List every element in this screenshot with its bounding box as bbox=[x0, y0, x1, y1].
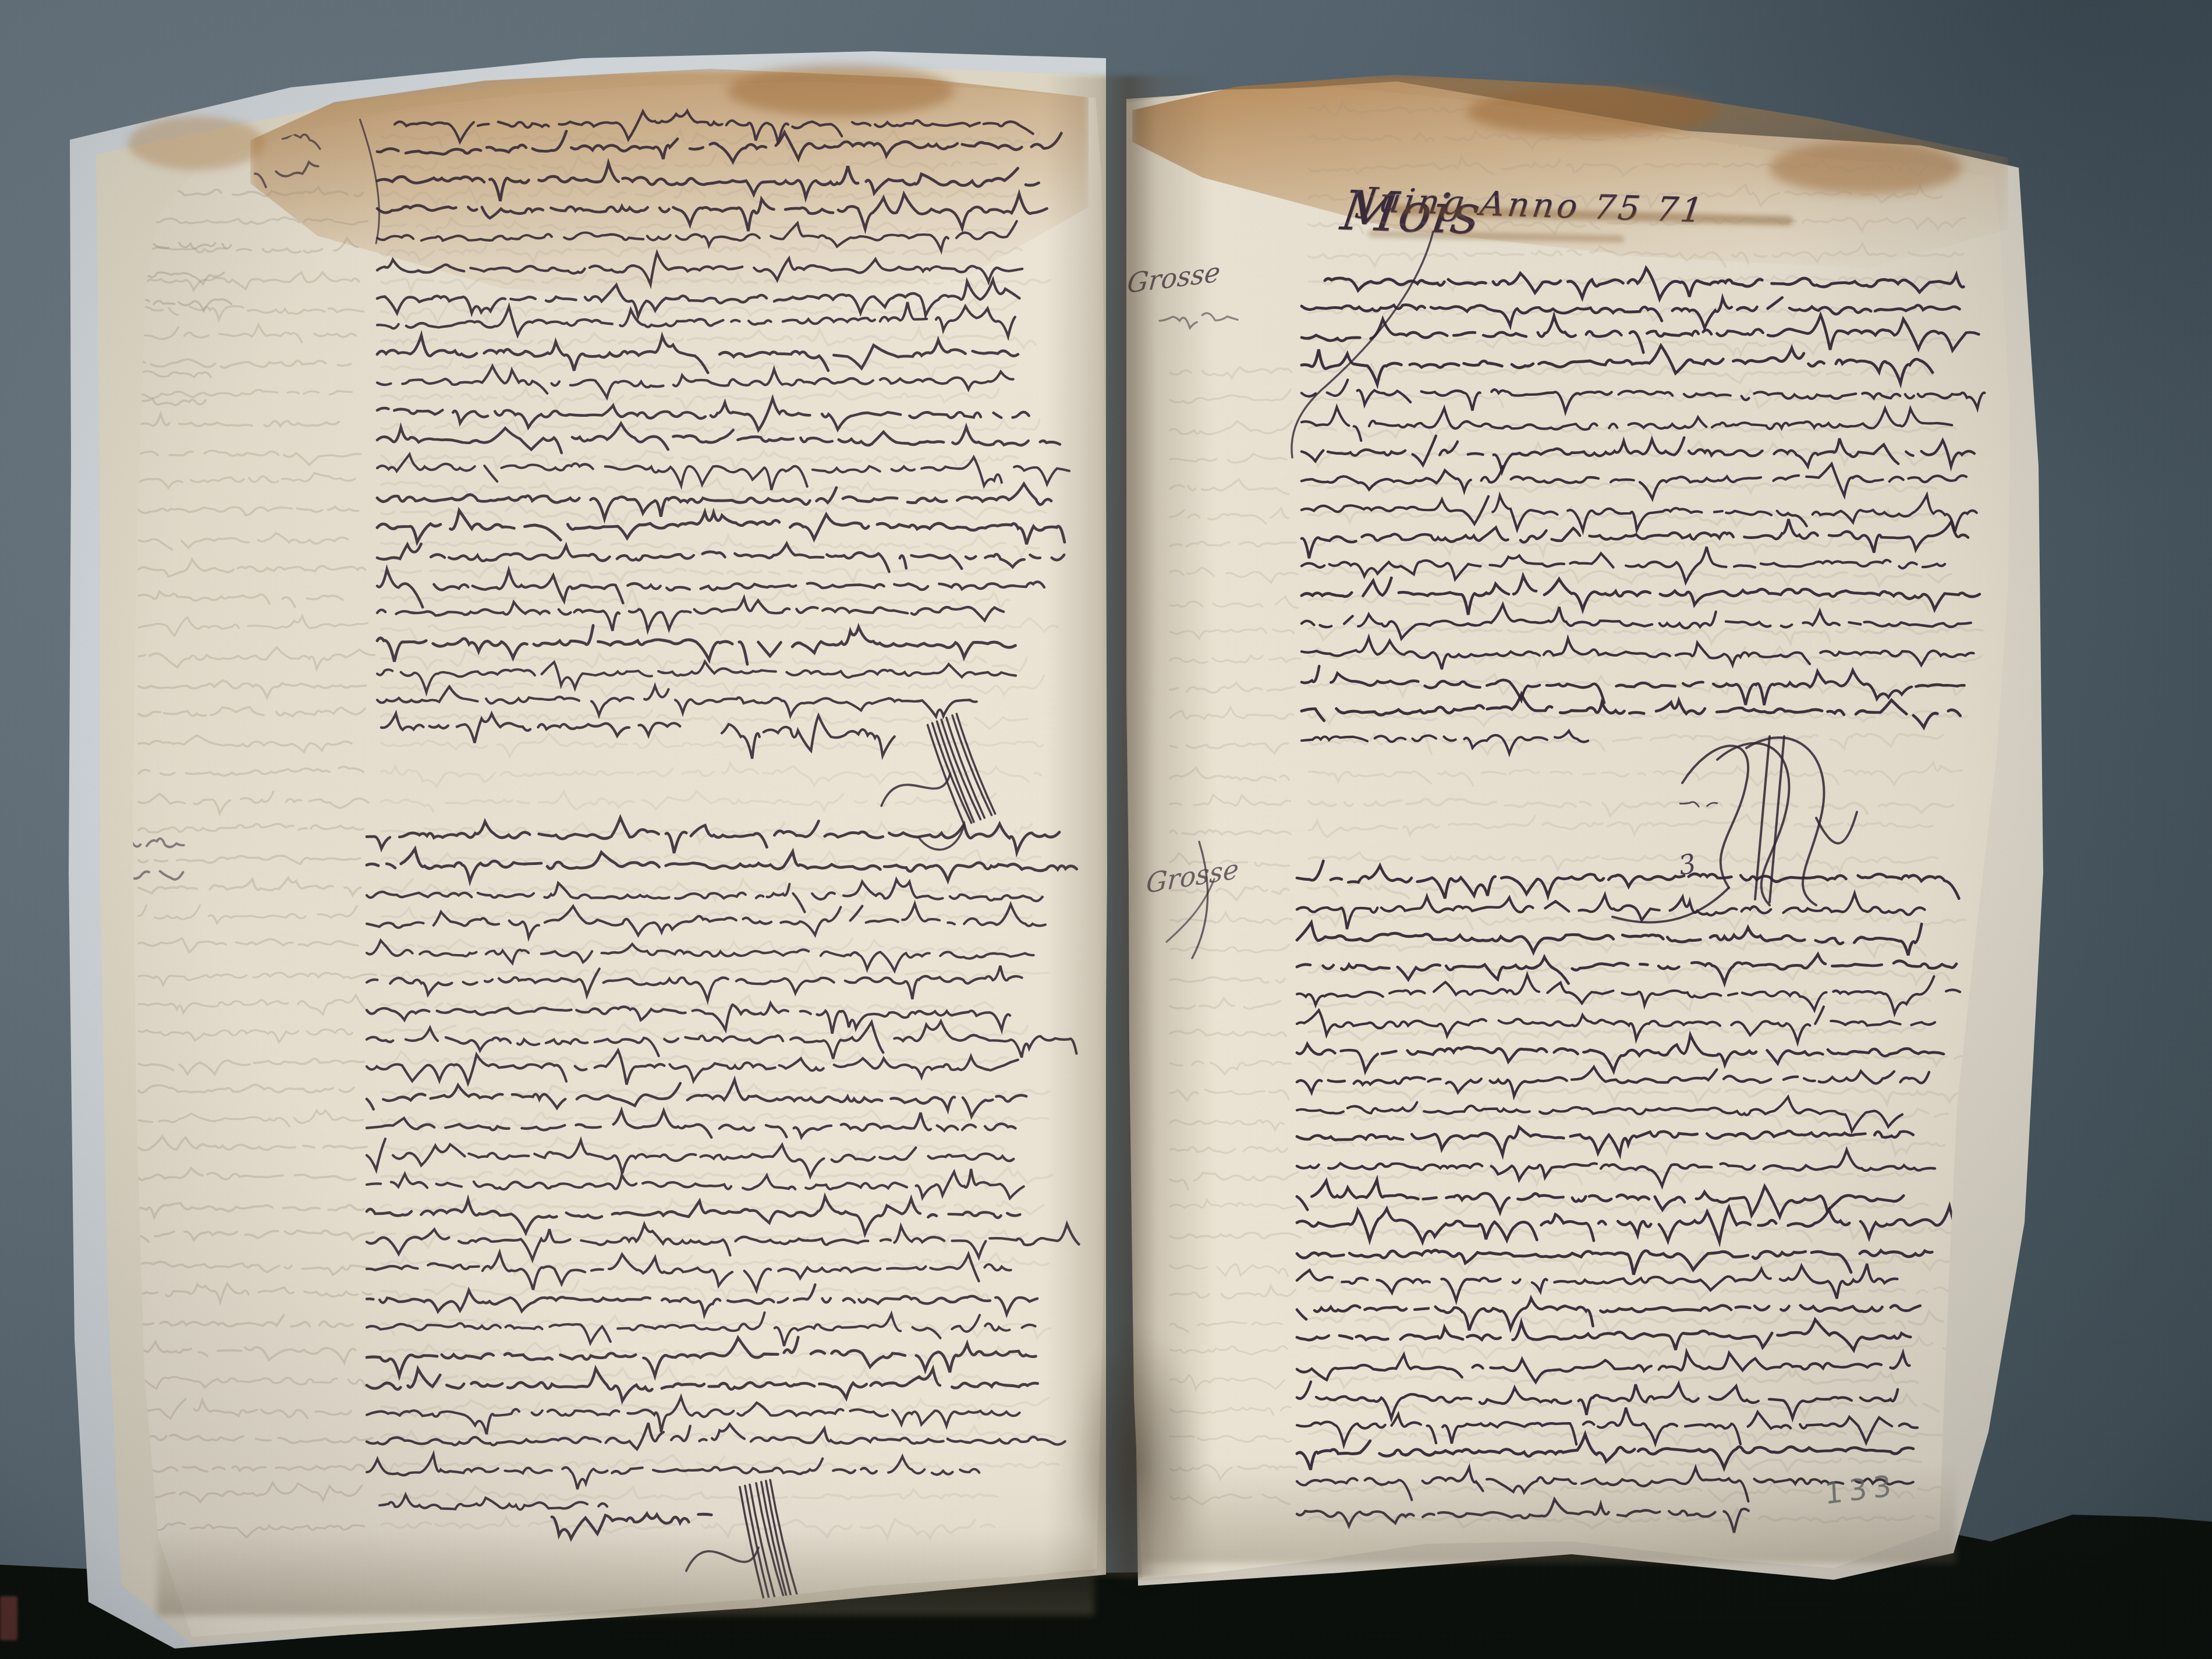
page-bottom-shadow-left bbox=[157, 1508, 1094, 1615]
left-margin-scrawl-faint-1 bbox=[143, 243, 239, 311]
page-bottom-shadow-right bbox=[1141, 1438, 1956, 1563]
bleed-right bbox=[1309, 98, 1983, 1528]
left-margin-scrawl-top bbox=[255, 134, 320, 187]
left-block-1-signature bbox=[722, 715, 895, 758]
left-margin-scrawl-mid bbox=[75, 839, 184, 880]
notary-paraph bbox=[860, 714, 1001, 864]
bleed-left-margin bbox=[139, 187, 382, 1537]
left-margin-scrawl-faint-2 bbox=[139, 371, 211, 406]
manuscript-photo: MoisJuing Anno 75 71 Grosse Grosse 3 133 bbox=[0, 0, 2212, 1659]
notary-signature-flourish bbox=[1612, 736, 1857, 922]
